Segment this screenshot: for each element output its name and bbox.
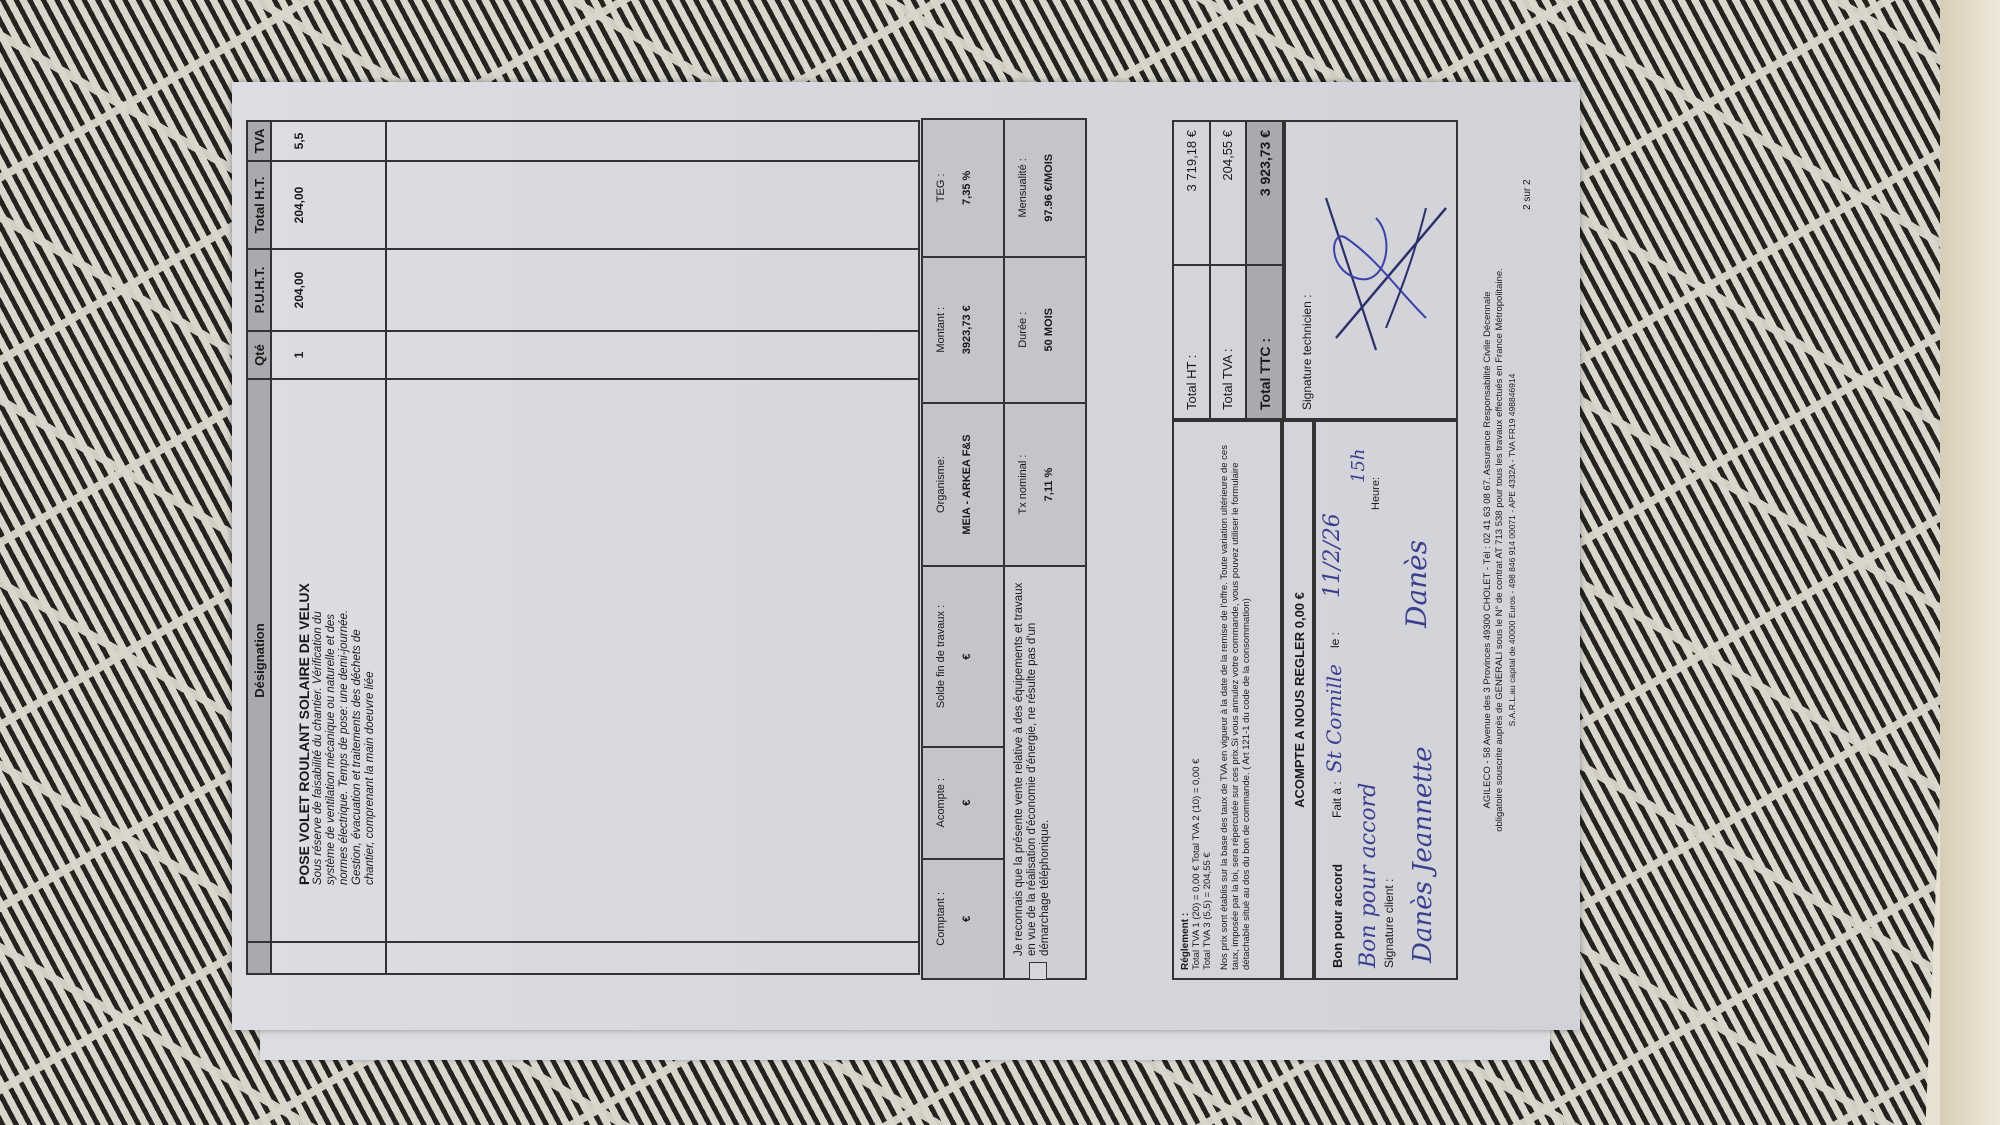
quote-page: Désignation Qté P.U.H.T. Total H.T. TVA … [232, 82, 1580, 1030]
reglement-box: Réglement : Total TVA 1 (20) = 0,00 € To… [1172, 420, 1282, 980]
organisme-cell: Organisme: MEIA - ARKEA F&S [922, 403, 1004, 566]
fait-a-label: Fait à : [1330, 781, 1344, 818]
item-total-ht: 204,00 [271, 161, 386, 249]
total-tva-label: Total TVA : [1210, 265, 1247, 419]
reglement-tva-line1: Total TVA 1 (20) = 0,00 € Total TVA 2 (1… [1191, 759, 1202, 970]
signature-technicien-label: Signature technicien : [1300, 295, 1314, 410]
teg-cell: TEG : 7,35 % [922, 119, 1004, 257]
item-qty: 1 [271, 331, 386, 379]
reglement-title: Réglement : [1180, 913, 1191, 970]
teg-label: TEG : [935, 124, 947, 252]
acknowledgement-checkbox[interactable] [1029, 962, 1047, 980]
mensualite-label: Mensualité : [1017, 124, 1029, 252]
item-description: Sous réserve de faisabilité du chantier.… [312, 585, 377, 885]
acompte-label: Acompte : [935, 752, 947, 854]
total-tva-value: 204,55 € [1210, 121, 1247, 265]
acknowledgement-cell: Je reconnais que la présente vente relat… [1004, 566, 1086, 979]
footer-line-1: AGILECO - 58 Avenue des 3 Provinces 4930… [1482, 150, 1494, 950]
duree-label: Durée : [1017, 262, 1029, 398]
date-label: le : [1328, 632, 1342, 648]
mensualite-cell: Mensualité : 97.96 €/MOIS [1004, 119, 1086, 257]
table-row-empty [386, 121, 919, 974]
solde-cell: Solde fin de travaux : € [922, 566, 1004, 747]
duree-cell: Durée : 50 MOIS [1004, 257, 1086, 403]
total-ttc-label: Total TTC : [1246, 265, 1283, 419]
table-surface [1940, 0, 2000, 1125]
total-ht-value: 3 719,18 € [1173, 121, 1210, 265]
header-tva: TVA [247, 121, 271, 161]
comptant-cell: Comptant : € [922, 859, 1004, 979]
solde-label: Solde fin de travaux : [935, 571, 947, 742]
item-tva: 5,5 [271, 121, 386, 161]
handwritten-bon-pour-accord: Bon pour accord [1356, 783, 1381, 968]
tx-nominal-cell: Tx nominal : 7,11 % [1004, 403, 1086, 566]
montant-value: 3923,73 € [961, 262, 973, 398]
montant-label: Montant : [935, 262, 947, 398]
item-title: POSE VOLET ROULANT SOLAIRE DE VELUX [296, 386, 312, 885]
signature-initials: Danès [1400, 540, 1433, 628]
bon-pour-accord-box: Bon pour accord Fait à : St Cornille le … [1314, 420, 1458, 980]
tx-nominal-label: Tx nominal : [1017, 408, 1029, 561]
heure-value[interactable]: 15h [1348, 449, 1369, 484]
technician-signature-scribble[interactable] [1316, 188, 1456, 358]
header-qty: Qté [247, 331, 271, 379]
teg-value: 7,35 % [961, 124, 973, 252]
tx-nominal-value: 7,11 % [1043, 408, 1055, 561]
duree-value: 50 MOIS [1043, 262, 1055, 398]
items-table: Désignation Qté P.U.H.T. Total H.T. TVA … [246, 120, 920, 975]
signature-client[interactable]: Danès Jeannette [1408, 746, 1438, 963]
mensualite-value: 97.96 €/MOIS [1043, 124, 1055, 252]
total-ttc-value: 3 923,73 € [1246, 121, 1283, 265]
heure-label: Heure: [1370, 477, 1382, 510]
fait-a-value[interactable]: St Cornille [1322, 664, 1346, 773]
item-designation: POSE VOLET ROULANT SOLAIRE DE VELUX Sous… [271, 379, 386, 942]
totals-table: Total HT : 3 719,18 € Total TVA : 204,55… [1172, 120, 1284, 420]
header-total-ht: Total H.T. [247, 161, 271, 249]
blank-header [247, 942, 271, 974]
reglement-legal-text: Nos prix sont établis sur la base des ta… [1219, 430, 1252, 970]
payment-table: Comptant : € Acompte : € Solde fin de tr… [921, 118, 1087, 980]
company-footer: AGILECO - 58 Avenue des 3 Provinces 4930… [1482, 150, 1518, 950]
comptant-value: € [961, 864, 973, 974]
montant-cell: Montant : 3923,73 € [922, 257, 1004, 403]
item-unit-price: 204,00 [271, 249, 386, 331]
table-row: POSE VOLET ROULANT SOLAIRE DE VELUX Sous… [271, 121, 386, 974]
comptant-label: Comptant : [935, 864, 947, 974]
footer-line-2: obligatoire souscrite auprès de GENERALI… [1494, 150, 1506, 950]
page-indicator: 2 sur 2 [1522, 179, 1533, 210]
solde-value: € [961, 571, 973, 742]
acompte-banner: ACOMPTE A NOUS REGLER 0,00 € [1282, 420, 1314, 980]
header-unit-price: P.U.H.T. [247, 249, 271, 331]
organisme-value: MEIA - ARKEA F&S [961, 408, 973, 561]
date-value[interactable]: 11/2/26 [1320, 513, 1345, 598]
signature-technicien-box: Signature technicien : [1284, 120, 1458, 420]
acompte-cell: Acompte : € [922, 747, 1004, 859]
footer-line-3: S.A.R.L.au capital de 40000 Euros - 498 … [1506, 150, 1518, 950]
total-ht-label: Total HT : [1173, 265, 1210, 419]
signature-client-label: Signature client : [1382, 879, 1396, 968]
acknowledgement-text: Je reconnais que la présente vente relat… [1013, 583, 1051, 956]
header-designation: Désignation [247, 379, 271, 942]
reglement-tva-line2: Total TVA 3 (5,5) = 204,55 € [1202, 852, 1213, 970]
organisme-label: Organisme: [935, 408, 947, 561]
acompte-value: € [961, 752, 973, 854]
bon-pour-accord-label: Bon pour accord [1330, 864, 1345, 968]
